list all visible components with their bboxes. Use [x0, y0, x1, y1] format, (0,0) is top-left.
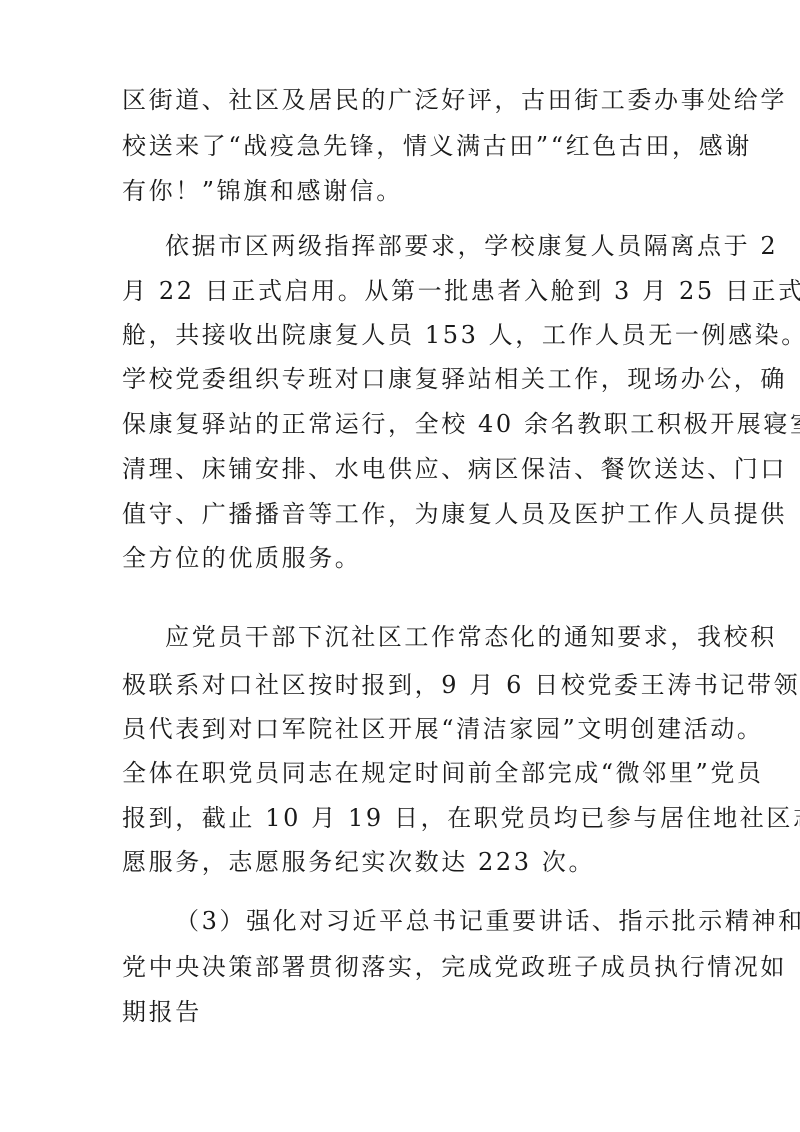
- text-line: （3）强化对习近平总书记重要讲话、指示批示精神和: [175, 906, 715, 936]
- text-line: 报到，截止 10 月 19 日，在职党员均已参与居住地社区志: [122, 803, 662, 833]
- text-line: 保康复驿站的正常运行，全校 40 余名教职工积极开展寝室: [122, 409, 662, 439]
- text-line: 月 22 日正式启用。从第一批患者入舱到 3 月 25 日正式封: [122, 276, 662, 306]
- text-line: 全方位的优质服务。: [122, 543, 662, 573]
- text-line: 应党员干部下沉社区工作常态化的通知要求，我校积: [165, 622, 705, 652]
- text-line: 校送来了“战疫急先锋，情义满古田”“红色古田，感谢: [122, 131, 662, 161]
- text-line: 区街道、社区及居民的广泛好评，古田街工委办事处给学: [122, 85, 662, 115]
- text-line: 全体在职党员同志在规定时间前全部完成“微邻里”党员: [122, 758, 662, 788]
- text-line: 极联系对口社区按时报到，9 月 6 日校党委王涛书记带领党: [122, 670, 662, 700]
- text-line: 依据市区两级指挥部要求，学校康复人员隔离点于 2: [165, 231, 705, 261]
- document-page: 区街道、社区及居民的广泛好评，古田街工委办事处给学 校送来了“战疫急先锋，情义满…: [0, 0, 800, 1132]
- text-line: 员代表到对口军院社区开展“清洁家园”文明创建活动。: [122, 714, 662, 744]
- text-line: 值守、广播播音等工作，为康复人员及医护工作人员提供: [122, 499, 662, 529]
- text-line: 愿服务，志愿服务纪实次数达 223 次。: [122, 847, 662, 877]
- text-line: 期报告: [122, 997, 662, 1027]
- text-line: 有你！”锦旗和感谢信。: [122, 176, 662, 206]
- text-line: 学校党委组织专班对口康复驿站相关工作，现场办公，确: [122, 364, 662, 394]
- text-line: 清理、床铺安排、水电供应、病区保洁、餐饮送达、门口: [122, 454, 662, 484]
- text-line: 党中央决策部署贯彻落实，完成党政班子成员执行情况如: [122, 952, 662, 982]
- text-line: 舱，共接收出院康复人员 153 人，工作人员无一例感染。: [122, 320, 662, 350]
